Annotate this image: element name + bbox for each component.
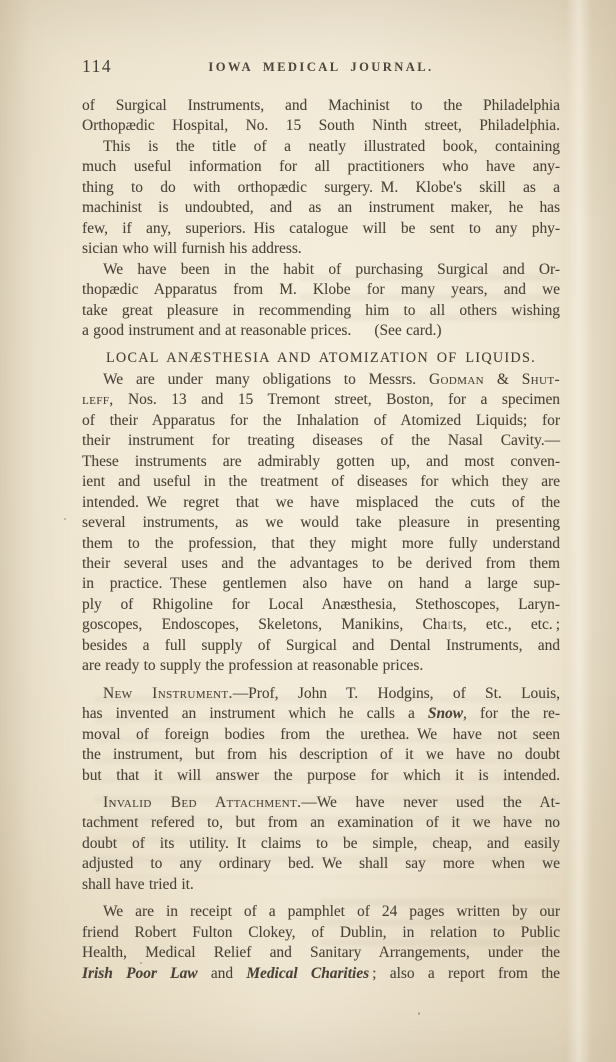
text-segment: of Surgical Instruments, and Machinist t…: [82, 97, 560, 114]
text-line: sician who will furnish his address.: [82, 239, 560, 259]
text-segment: —We have never used the At-: [301, 794, 560, 811]
text-segment: thopædic Apparatus from M. Klobe for man…: [82, 281, 560, 298]
text-segment: &: [484, 371, 522, 388]
text-line: intended. We regret that we have misplac…: [82, 493, 560, 513]
text-line: in practice. These gentlemen also have o…: [82, 574, 560, 594]
text-segment: Orthopædic Hospital, No. 15 South Ninth …: [82, 117, 560, 134]
paragraph: We have been in the habit of purchasing …: [82, 260, 560, 342]
smallcaps-text: New Instrument.: [103, 685, 233, 702]
paragraph: We are in receipt of a pamphlet of 24 pa…: [82, 902, 560, 984]
text-line: Orthopædic Hospital, No. 15 South Ninth …: [82, 116, 560, 136]
text-segment: of their Apparatus for the Inhalation of…: [82, 412, 560, 429]
paper-speck: [64, 518, 66, 520]
text-line: several instruments, as we would take pl…: [82, 513, 560, 533]
text-segment: in practice. These gentlemen also have o…: [82, 575, 560, 592]
smallcaps-text: leff,: [82, 391, 114, 408]
text-line: friend Robert Fulton Clokey, of Dublin, …: [82, 923, 560, 943]
text-segment: We are under many obligations to Messrs.: [103, 371, 429, 388]
text-segment: goscopes, Endoscopes, Skeletons, Manikin…: [82, 616, 447, 633]
text-segment: Health, Medical Relief and Sanitary Arra…: [82, 944, 560, 961]
text-segment: their several uses and the advantages to…: [82, 555, 560, 572]
smallcaps-text: Godman: [429, 371, 484, 388]
text-line: of their Apparatus for the Inhalation of…: [82, 411, 560, 431]
text-segment: This is the title of a neatly illustrate…: [103, 138, 560, 155]
text-line: take great pleasure in recommending him …: [82, 301, 560, 321]
text-line: This is the title of a neatly illustrate…: [82, 137, 560, 157]
text-segment: several instruments, as we would take pl…: [82, 514, 560, 531]
text-line: We are in receipt of a pamphlet of 24 pa…: [82, 902, 560, 922]
text-segment: sician who will furnish his address.: [82, 240, 302, 257]
text-segment: doubt of its utility. It claims to be si…: [82, 835, 560, 852]
text-segment: machinist is undoubted, and as an instru…: [82, 199, 560, 216]
text-line: doubt of its utility. It claims to be si…: [82, 834, 560, 854]
text-segment: thing to do with orthopædic surgery. M. …: [82, 179, 560, 196]
text-line: but that it will answer the purpose for …: [82, 766, 560, 786]
text-line: We are under many obligations to Messrs.…: [82, 370, 560, 390]
journal-title: IOWA MEDICAL JOURNAL.: [82, 56, 560, 75]
paragraph: of Surgical Instruments, and Machinist t…: [82, 96, 560, 137]
text-line: Health, Medical Relief and Sanitary Arra…: [82, 943, 560, 963]
text-segment: moval of foreign bodies from the urethea…: [82, 726, 560, 743]
text-line: goscopes, Endoscopes, Skeletons, Manikin…: [82, 615, 560, 635]
text-line: the instrument, but from his description…: [82, 745, 560, 765]
text-line: Irish Poor Law and Medical Charities ; a…: [82, 964, 560, 984]
text-line: thing to do with orthopædic surgery. M. …: [82, 178, 560, 198]
paragraph: Invalid Bed Attachment.—We have never us…: [82, 793, 560, 895]
text-line: them to the profession, that they might …: [82, 534, 560, 554]
text-segment: a good instrument and at reasonable pric…: [82, 322, 442, 339]
section-heading: LOCAL ANÆSTHESIA AND ATOMIZATION OF LIQU…: [82, 348, 560, 368]
text-segment: much useful information for all practiti…: [82, 158, 560, 175]
text-line: a good instrument and at reasonable pric…: [82, 321, 560, 341]
text-line: We have been in the habit of purchasing …: [82, 260, 560, 280]
text-segment: —Prof, John T. Hodgins, of St. Louis,: [233, 685, 560, 702]
text-segment: We are in receipt of a pamphlet of 24 pa…: [103, 903, 560, 920]
text-segment: ts, etc., etc. ;: [452, 616, 560, 633]
paper-speck: [418, 1012, 420, 1015]
text-segment: and: [198, 965, 247, 982]
text-segment: ply of Rhigoline for Local Anæsthesia, S…: [82, 596, 560, 613]
text-line: besides a full supply of Surgical and De…: [82, 636, 560, 656]
smallcaps-text: Invalid Bed Attachment.: [103, 794, 301, 811]
text-segment: them to the profession, that they might …: [82, 535, 560, 552]
text-segment: shall have tried it.: [82, 876, 194, 893]
text-segment: besides a full supply of Surgical and De…: [82, 637, 560, 654]
text-segment: are ready to supply the profession at re…: [82, 657, 423, 674]
text-segment: Nos. 13 and 15 Tremont street, Boston, f…: [114, 391, 560, 408]
text-segment: We have been in the habit of purchasing …: [103, 261, 560, 278]
italic-text: Snow: [428, 705, 463, 722]
page-edge-sheen: [566, 0, 592, 1062]
text-segment: has invented an instrument which he call…: [82, 705, 428, 722]
text-segment: tachment refered to, but from an examina…: [82, 814, 560, 831]
text-segment: ient and useful in the treatment of dise…: [82, 473, 560, 490]
paragraph: We are under many obligations to Messrs.…: [82, 370, 560, 677]
text-segment: , for the re-: [463, 705, 560, 722]
text-line: few, if any, superiors. His catalogue wi…: [82, 219, 560, 239]
text-segment: the instrument, but from his description…: [82, 746, 560, 763]
text-line: adjusted to any ordinary bed. We shall s…: [82, 854, 560, 874]
text-line: has invented an instrument which he call…: [82, 704, 560, 724]
text-line: tachment refered to, but from an examina…: [82, 813, 560, 833]
page-header: 114 IOWA MEDICAL JOURNAL.: [82, 56, 560, 80]
text-line: leff, Nos. 13 and 15 Tremont street, Bos…: [82, 390, 560, 410]
text-segment: their instrument for treating diseases o…: [82, 432, 560, 449]
text-line: ient and useful in the treatment of dise…: [82, 472, 560, 492]
text-line: are ready to supply the profession at re…: [82, 656, 560, 676]
text-segment: ; also a report from the: [369, 965, 560, 982]
paragraph: This is the title of a neatly illustrate…: [82, 137, 560, 260]
text-line: their instrument for treating diseases o…: [82, 431, 560, 451]
text-line: machinist is undoubted, and as an instru…: [82, 198, 560, 218]
text-segment: take great pleasure in recommending him …: [82, 302, 560, 319]
text-line: shall have tried it.: [82, 875, 560, 895]
text-line: thopædic Apparatus from M. Klobe for man…: [82, 280, 560, 300]
text-segment: intended. We regret that we have misplac…: [82, 494, 560, 511]
text-line: These instruments are admirably gotten u…: [82, 452, 560, 472]
italic-text: Irish Poor Law: [82, 965, 198, 982]
text-segment: These instruments are admirably gotten u…: [82, 453, 560, 470]
text-line: their several uses and the advantages to…: [82, 554, 560, 574]
text-segment: few, if any, superiors. His catalogue wi…: [82, 220, 560, 237]
scanned-journal-page: 114 IOWA MEDICAL JOURNAL. of Surgical In…: [0, 0, 616, 1062]
page-body: of Surgical Instruments, and Machinist t…: [82, 96, 560, 984]
text-line: ply of Rhigoline for Local Anæsthesia, S…: [82, 595, 560, 615]
text-segment: adjusted to any ordinary bed. We shall s…: [82, 855, 560, 872]
text-line: moval of foreign bodies from the urethea…: [82, 725, 560, 745]
text-line: much useful information for all practiti…: [82, 157, 560, 177]
text-segment: friend Robert Fulton Clokey, of Dublin, …: [82, 924, 560, 941]
text-line: of Surgical Instruments, and Machinist t…: [82, 96, 560, 116]
page-number: 114: [82, 56, 112, 77]
italic-text: Medical Charities: [246, 965, 369, 982]
text-line: Invalid Bed Attachment.—We have never us…: [82, 793, 560, 813]
text-line: New Instrument.—Prof, John T. Hodgins, o…: [82, 684, 560, 704]
text-segment: but that it will answer the purpose for …: [82, 767, 560, 784]
text-segment: r: [447, 616, 452, 633]
smallcaps-text: Shut-: [522, 371, 560, 388]
paragraph: New Instrument.—Prof, John T. Hodgins, o…: [82, 684, 560, 786]
